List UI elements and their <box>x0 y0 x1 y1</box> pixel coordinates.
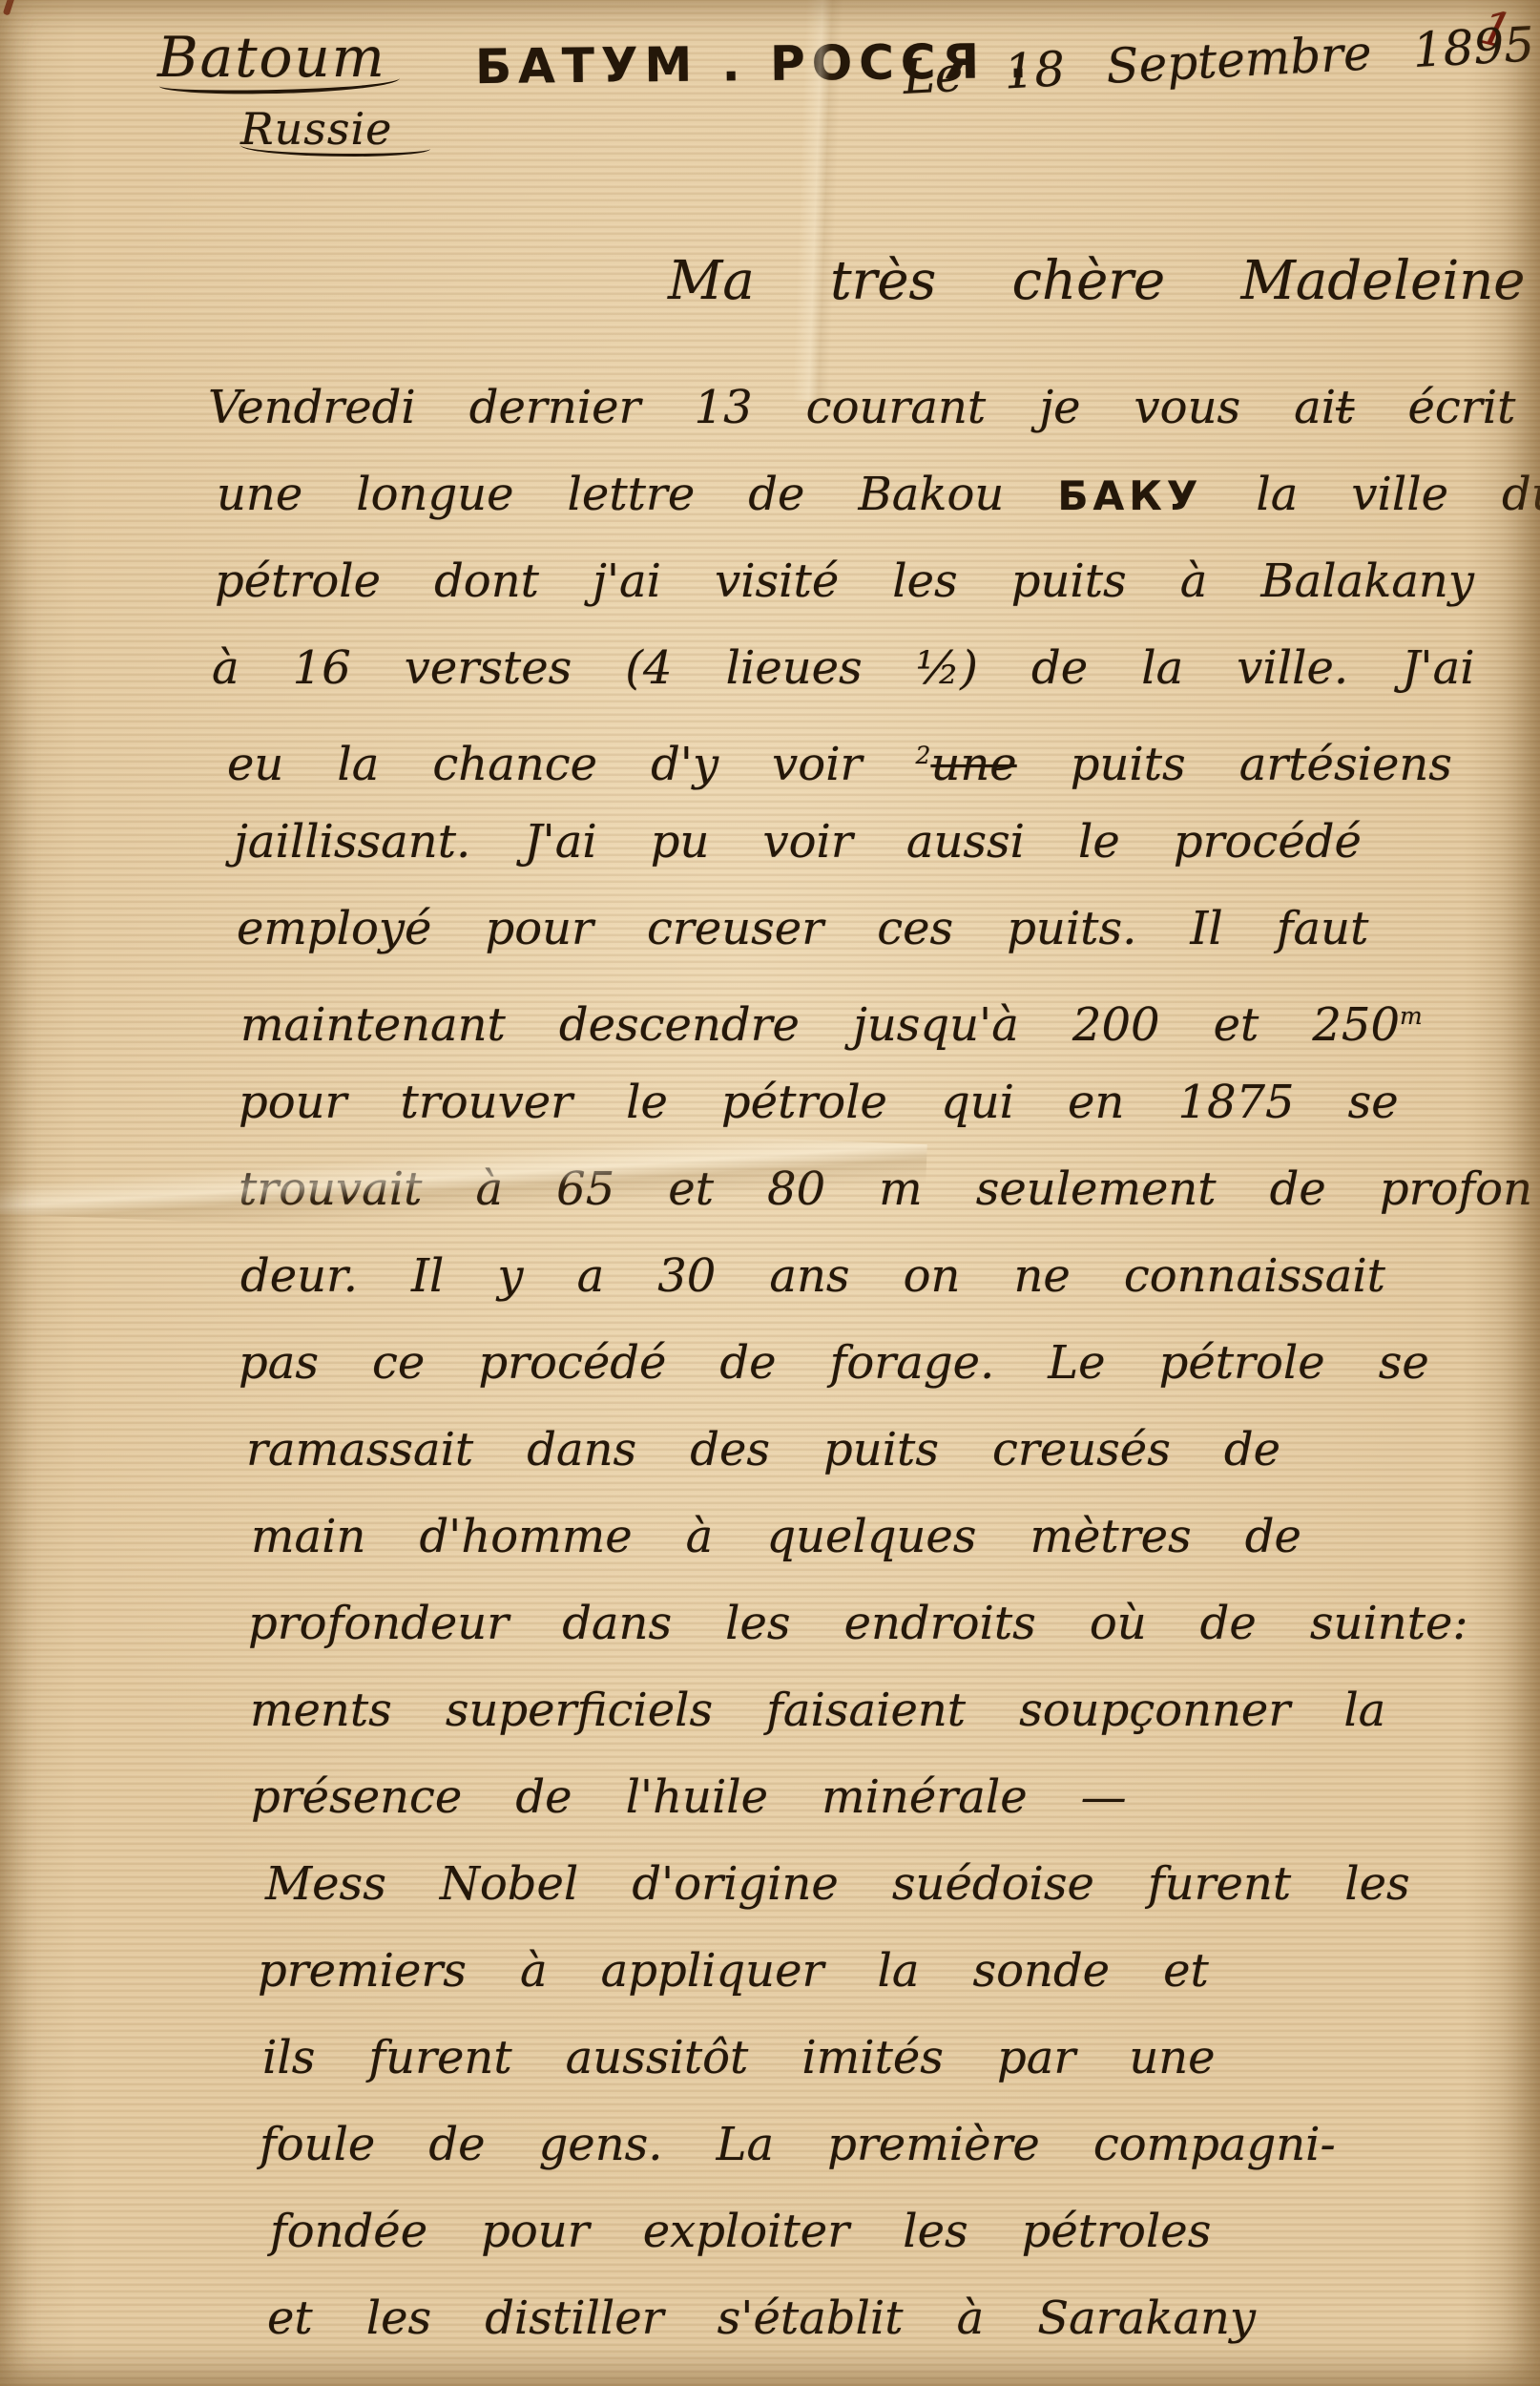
letter-segment: pour trouver le pétrole qui en 1875 se <box>239 1076 1399 1129</box>
letter-segment: la ville du <box>1202 468 1540 521</box>
letter-segment-sup: m <box>1400 1002 1423 1030</box>
letter-segment: pétrole dont j'ai visité les puits à Bal… <box>215 555 1474 608</box>
letter-segment: deur. Il y a 30 ans on ne connaissait <box>240 1249 1385 1303</box>
letter-line: une longue lettre de Bakou БАКУ la ville… <box>217 451 1540 538</box>
letter-segment: Mess Nobel d'origine suédoise furent les <box>265 1857 1410 1911</box>
letter-segment: puits artésiens <box>1017 738 1452 791</box>
letter-line: eu la chance d'y voir 2une puits artésie… <box>227 712 1540 799</box>
letter-line: profondeur dans les endroits où de suint… <box>248 1580 1540 1667</box>
letter-line: trouvait à 65 et 80 m seulement de profo… <box>239 1146 1540 1233</box>
letter-segment: et les distiller s'établit à Sarakany <box>267 2292 1256 2345</box>
letter-segment: profondeur dans les endroits où de suint… <box>248 1597 1468 1650</box>
letter-line: pour trouver le pétrole qui en 1875 se <box>239 1059 1540 1146</box>
header-date: Le 18 Septembre 1895 <box>902 16 1535 105</box>
letter-segment: présence de l'huile minérale — <box>251 1770 1127 1824</box>
letter-segment: employé pour creuser ces puits. Il faut <box>237 902 1368 955</box>
letter-line: deur. Il y a 30 ans on ne connaissait <box>240 1233 1540 1320</box>
letter-line: Mess Nobel d'origine suédoise furent les <box>265 1841 1540 1928</box>
letter-segment: jaillissant. J'ai pu voir aussi le procé… <box>234 815 1362 869</box>
letter-line: jaillissant. J'ai pu voir aussi le procé… <box>234 799 1540 886</box>
letter-page: 1 Batoum Russie БАТУМ . РОССЯ . Le 18 Se… <box>0 0 1540 2386</box>
letter-segment: une longue lettre de Bakou <box>217 468 1057 521</box>
letter-segment: premiers à appliquer la sonde et <box>258 1944 1209 1998</box>
letter-segment: trouvait à 65 et 80 m seulement de profo… <box>239 1162 1532 1216</box>
letter-segment-block: БАКУ <box>1057 472 1202 519</box>
letter-line: ramassait dans des puits creusés de <box>246 1407 1540 1494</box>
letter-line: et les distiller s'établit à Sarakany <box>267 2275 1540 2362</box>
letter-line: pas ce procédé de forage. Le pétrole se <box>239 1320 1540 1407</box>
letter-segment: maintenant descendre jusqu'à 200 et 250 <box>240 998 1400 1052</box>
letter-segment: fondée pour exploiter les pétroles <box>270 2205 1211 2258</box>
letter-line: premiers à appliquer la sonde et <box>258 1928 1540 2015</box>
salutation: Ma très chère Madeleine <box>668 250 1525 312</box>
letter-segment: foule de gens. La première compagni- <box>260 2118 1336 2171</box>
letter-segment: pas ce procédé de forage. Le pétrole se <box>239 1336 1429 1390</box>
letter-line: pétrole dont j'ai visité les puits à Bal… <box>215 538 1540 625</box>
letter-line: Vendredi dernier 13 courant je vous ait … <box>208 365 1540 451</box>
letter-segment: écrit <box>1354 381 1515 434</box>
letter-segment: ramassait dans des puits creusés de <box>246 1423 1280 1476</box>
letter-segment: main d'homme à quelques mètres de <box>251 1510 1301 1563</box>
letter-segment: ils furent aussitôt imités par une <box>262 2031 1216 2084</box>
letter-body: Vendredi dernier 13 courant je vous ait … <box>0 365 1540 2362</box>
header-place: Batoum <box>157 25 386 90</box>
letter-line: foule de gens. La première compagni- <box>260 2102 1540 2188</box>
letter-line: à 16 verstes (4 lieues ½) de la ville. J… <box>212 625 1540 712</box>
letter-segment: ments superficiels faisaient soupçonner … <box>250 1684 1385 1737</box>
letter-line: maintenant descendre jusqu'à 200 et 250m <box>240 973 1540 1059</box>
letter-segment: à 16 verstes (4 lieues ½) de la ville. J… <box>212 641 1475 695</box>
letter-line: main d'homme à quelques mètres de <box>251 1494 1540 1580</box>
letter-line: ils furent aussitôt imités par une <box>262 2015 1540 2102</box>
letter-line: employé pour creuser ces puits. Il faut <box>237 886 1540 973</box>
letter-segment-strike: une <box>930 738 1016 791</box>
letter-segment: eu la chance d'y voir <box>227 738 916 791</box>
letter-segment-strike: t <box>1336 381 1354 434</box>
letter-segment-sup: 2 <box>916 742 931 769</box>
red-ink-mark <box>3 0 15 16</box>
letter-segment: Vendredi dernier 13 courant je vous ai <box>208 381 1336 434</box>
header-country: Russie <box>240 103 392 155</box>
letter-line: fondée pour exploiter les pétroles <box>270 2188 1540 2275</box>
letter-line: ments superficiels faisaient soupçonner … <box>250 1667 1540 1754</box>
letter-line: présence de l'huile minérale — <box>251 1754 1540 1841</box>
